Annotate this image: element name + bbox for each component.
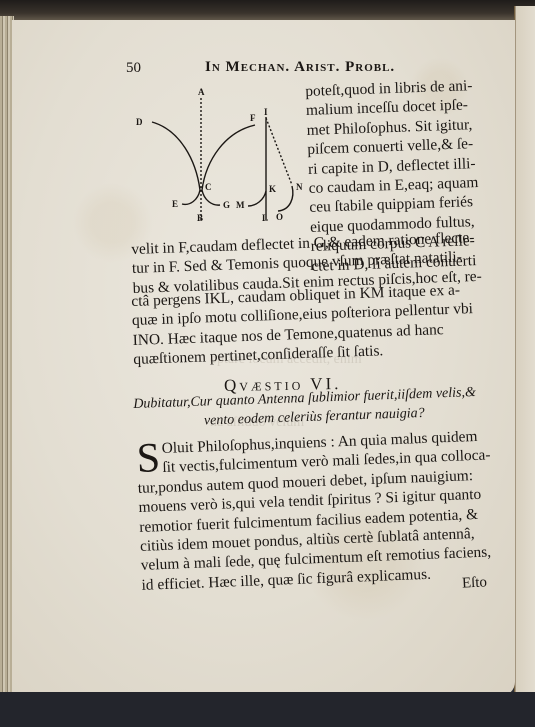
label-k: K	[269, 184, 276, 194]
facing-page-edge	[514, 6, 535, 696]
arc-d-e	[152, 122, 200, 204]
label-f: F	[250, 113, 256, 123]
label-m: M	[236, 200, 245, 210]
arc-k-m	[248, 191, 266, 206]
answer-paragraph: S Oluit Philoſophus,inquiens : An quia m…	[136, 427, 492, 596]
full-width-text-2: ctâ pergens IKL, caudam obliquet in KM i…	[131, 280, 475, 369]
label-g: G	[223, 200, 230, 210]
label-e: E	[172, 199, 178, 209]
label-n: N	[296, 182, 303, 192]
running-head: In Mechan. Arist. Probl.	[205, 59, 395, 76]
label-c: C	[205, 182, 212, 192]
label-i: I	[264, 107, 268, 117]
label-o: O	[276, 212, 283, 222]
catchword: Eſto	[462, 574, 488, 592]
drop-cap: S	[136, 440, 161, 477]
line-i-n	[266, 118, 292, 185]
book-top-edge	[0, 0, 535, 22]
label-d: D	[136, 117, 143, 127]
page-number: 50	[126, 60, 141, 77]
label-b: B	[197, 213, 203, 223]
label-l: L	[262, 213, 268, 223]
arc-n-o	[278, 186, 293, 211]
fish-rudder-diagram: A D F I C K N E G M L O B	[130, 80, 310, 225]
arc-f-g	[202, 125, 255, 205]
background-surface	[0, 692, 535, 727]
label-a: A	[198, 87, 205, 97]
